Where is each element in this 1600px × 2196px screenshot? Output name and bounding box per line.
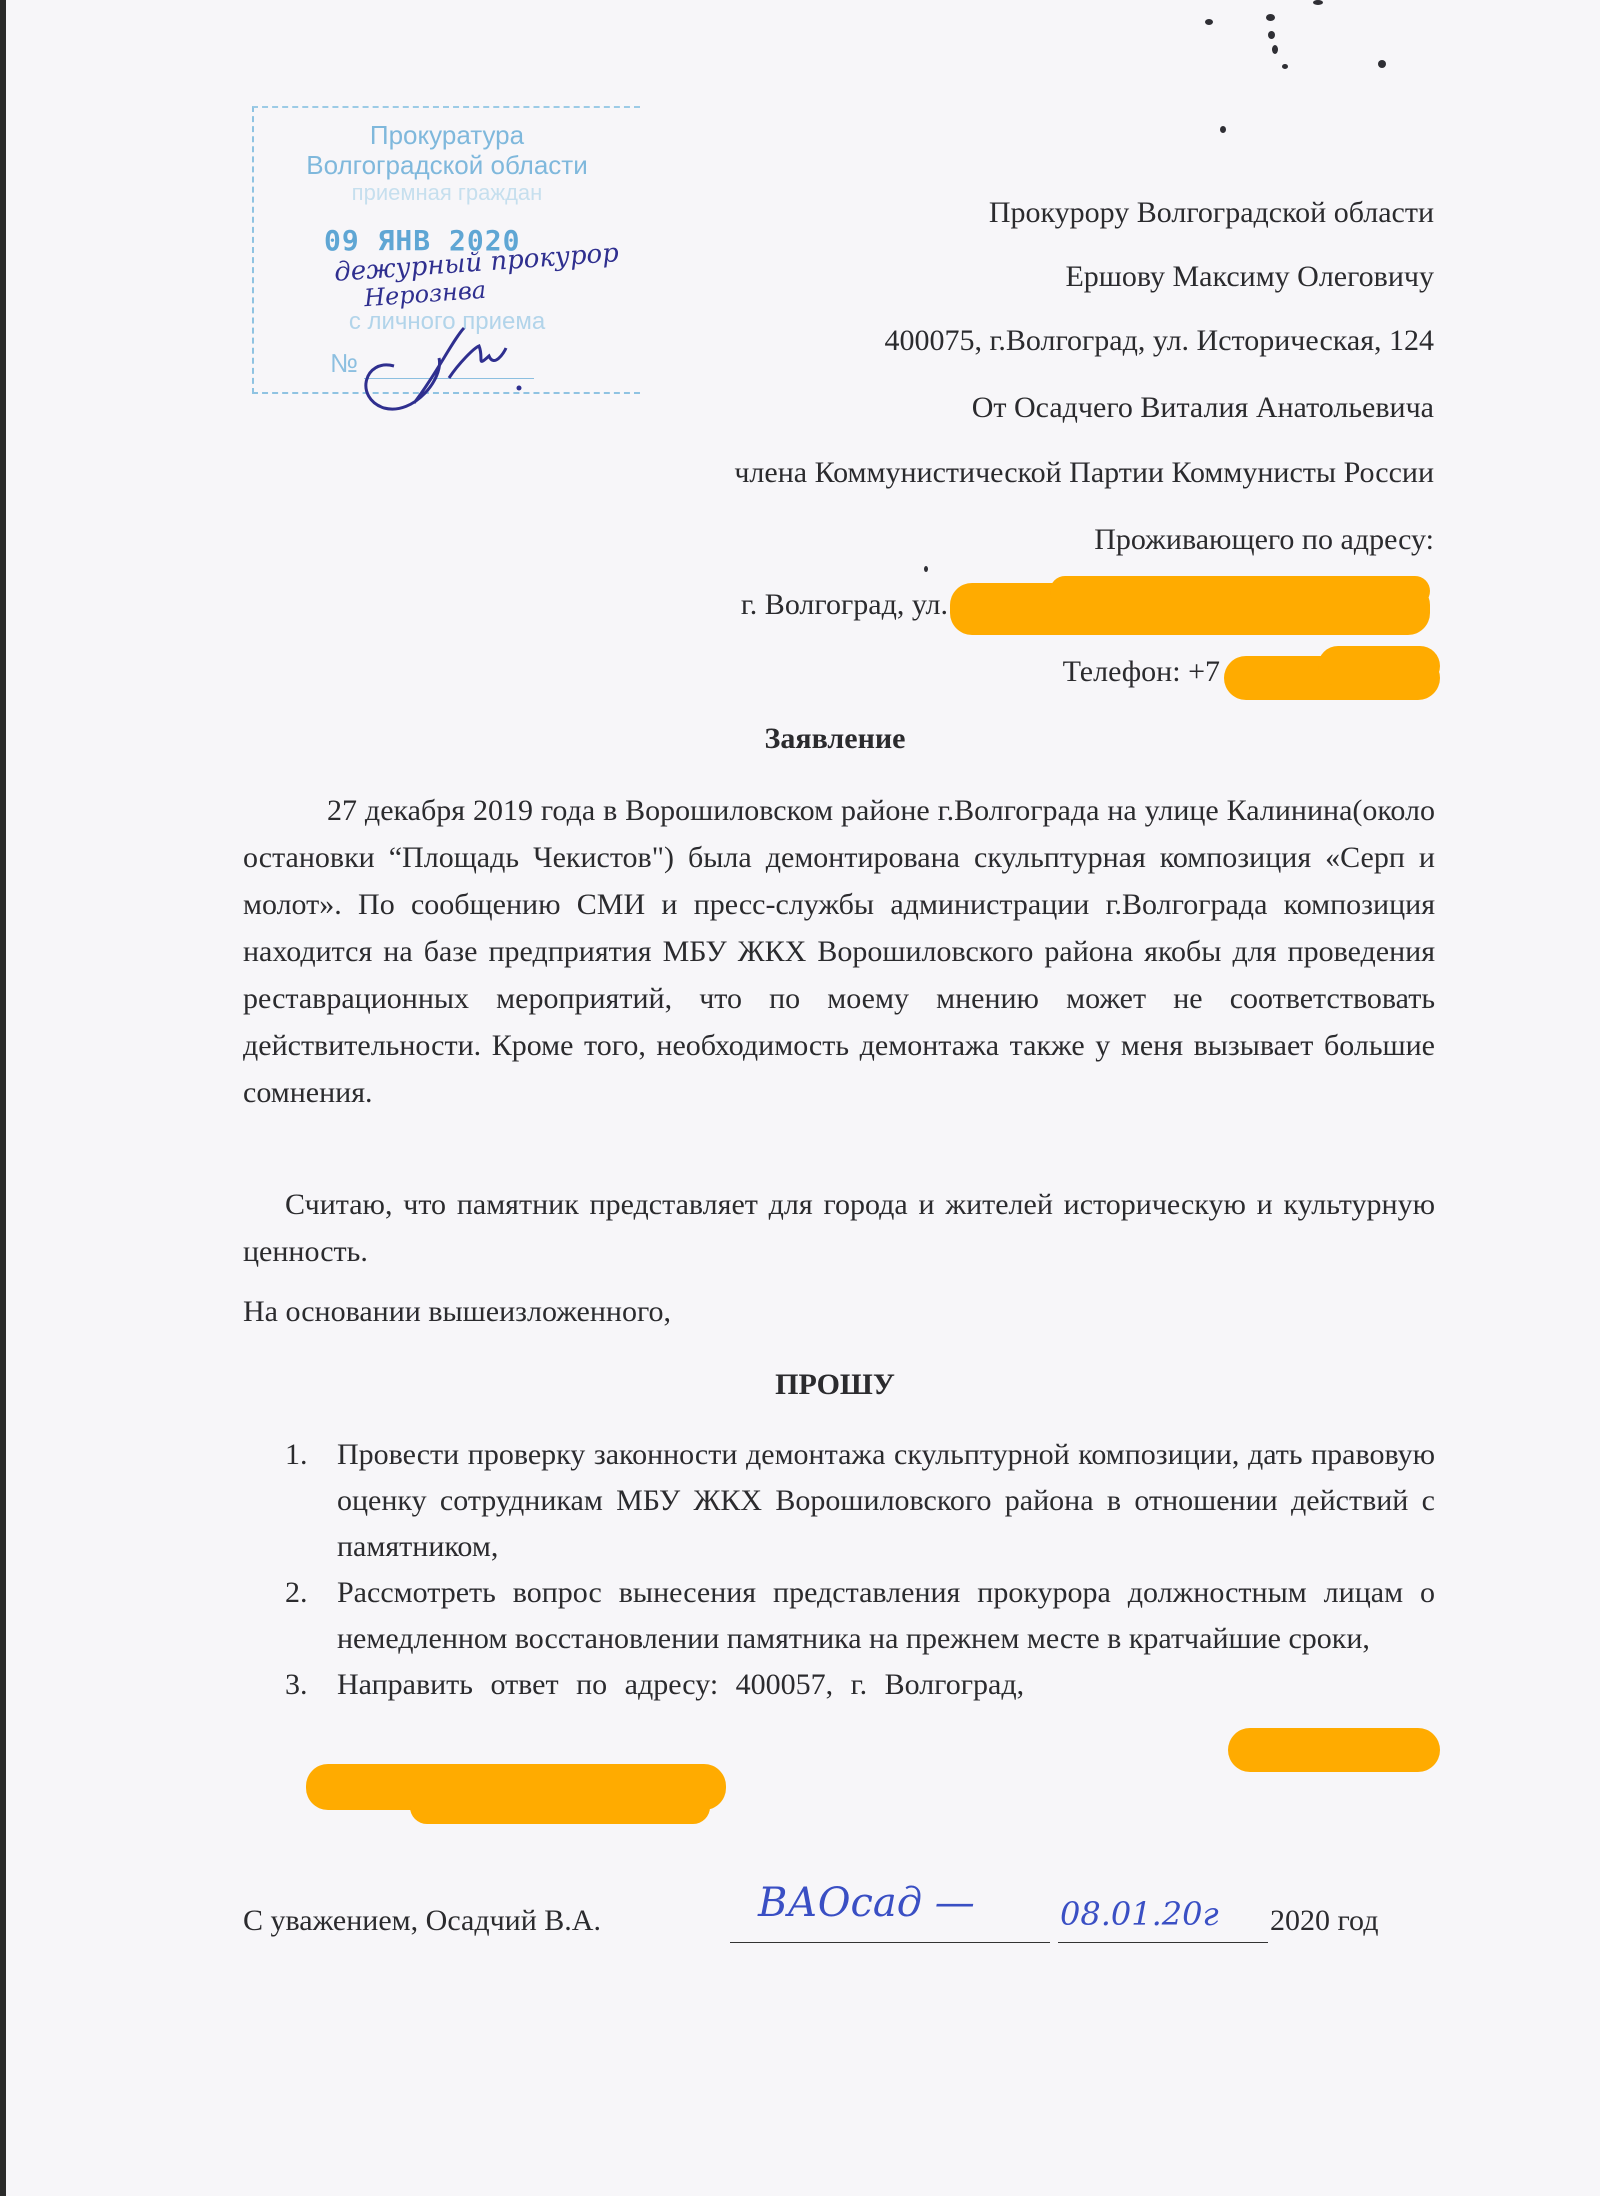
residence-label: Проживающего по адресу: <box>1094 523 1434 557</box>
addressee-line-3: 400075, г.Волгоград, ул. Историческая, 1… <box>884 324 1434 358</box>
scan-speck <box>1268 31 1275 39</box>
stamp-line-2: Волгоградской области <box>254 150 640 181</box>
request-item-2: 2. Рассмотреть вопрос вынесения представ… <box>285 1570 1435 1662</box>
scan-speck <box>1282 64 1288 69</box>
handwritten-date: 08.01.20г <box>1060 1895 1219 1933</box>
addressee-line-1: Прокурору Волгоградской области <box>989 196 1434 230</box>
phone-prefix: Телефон: +7 <box>1063 655 1220 689</box>
redaction-reply-address <box>1228 1728 1440 1772</box>
request-number: 2. <box>285 1570 308 1616</box>
redaction-address <box>1050 576 1430 606</box>
stamp-line-1: Прокуратура <box>254 120 640 151</box>
document-title: Заявление <box>0 722 1600 756</box>
scan-speck <box>1313 0 1323 5</box>
body-paragraph-2: Считаю, что памятник представляет для го… <box>243 1181 1435 1275</box>
scan-speck <box>1272 45 1278 54</box>
reception-stamp: Прокуратура Волгоградской области приемн… <box>252 106 640 394</box>
request-text: Рассмотреть вопрос вынесения представлен… <box>337 1576 1435 1655</box>
redaction-reply-address <box>410 1790 710 1824</box>
signature-line <box>730 1942 1050 1943</box>
year-suffix: 2020 год <box>1270 1904 1378 1938</box>
addressee-line-2: Ершову Максиму Олеговичу <box>1065 260 1434 294</box>
sender-affiliation: члена Коммунистической Партии Коммунисты… <box>734 456 1434 490</box>
body-paragraph-2-text: Считаю, что памятник представляет для го… <box>243 1181 1435 1275</box>
request-list: 1. Провести проверку законности демонтаж… <box>285 1432 1435 1708</box>
redaction-phone <box>1318 646 1440 686</box>
body-paragraph-1-text: 27 декабря 2019 года в Ворошиловском рай… <box>243 787 1435 1116</box>
stamp-line-3: приемная граждан <box>254 180 640 206</box>
date-line <box>1058 1942 1268 1943</box>
scan-edge <box>0 0 6 2196</box>
stamp-signature-icon <box>354 308 554 418</box>
request-heading: ПРОШУ <box>0 1368 1600 1402</box>
body-paragraph-1: 27 декабря 2019 года в Ворошиловском рай… <box>243 787 1435 1116</box>
closing-line: С уважением, Осадчий В.А. <box>243 1904 601 1938</box>
scan-speck <box>1378 60 1386 68</box>
request-number: 1. <box>285 1432 308 1478</box>
scan-speck <box>1220 126 1226 133</box>
basis-line: На основании вышеизложенного, <box>243 1295 671 1329</box>
scan-speck <box>1266 14 1275 21</box>
request-item-1: 1. Провести проверку законности демонтаж… <box>285 1432 1435 1570</box>
scan-speck <box>1205 19 1213 25</box>
residence-address-prefix: г. Волгоград, ул. <box>741 588 948 622</box>
request-item-3: 3. Направить ответ по адресу: 400057, г.… <box>285 1662 1435 1708</box>
handwritten-signature: ВАОсад — <box>758 1880 975 1926</box>
request-number: 3. <box>285 1662 308 1708</box>
request-text: Провести проверку законности демонтажа с… <box>337 1438 1435 1563</box>
request-text: Направить ответ по адресу: 400057, г. Во… <box>337 1668 1024 1701</box>
sender-line: От Осадчего Виталия Анатольевича <box>972 391 1434 425</box>
scan-speck <box>924 566 928 572</box>
